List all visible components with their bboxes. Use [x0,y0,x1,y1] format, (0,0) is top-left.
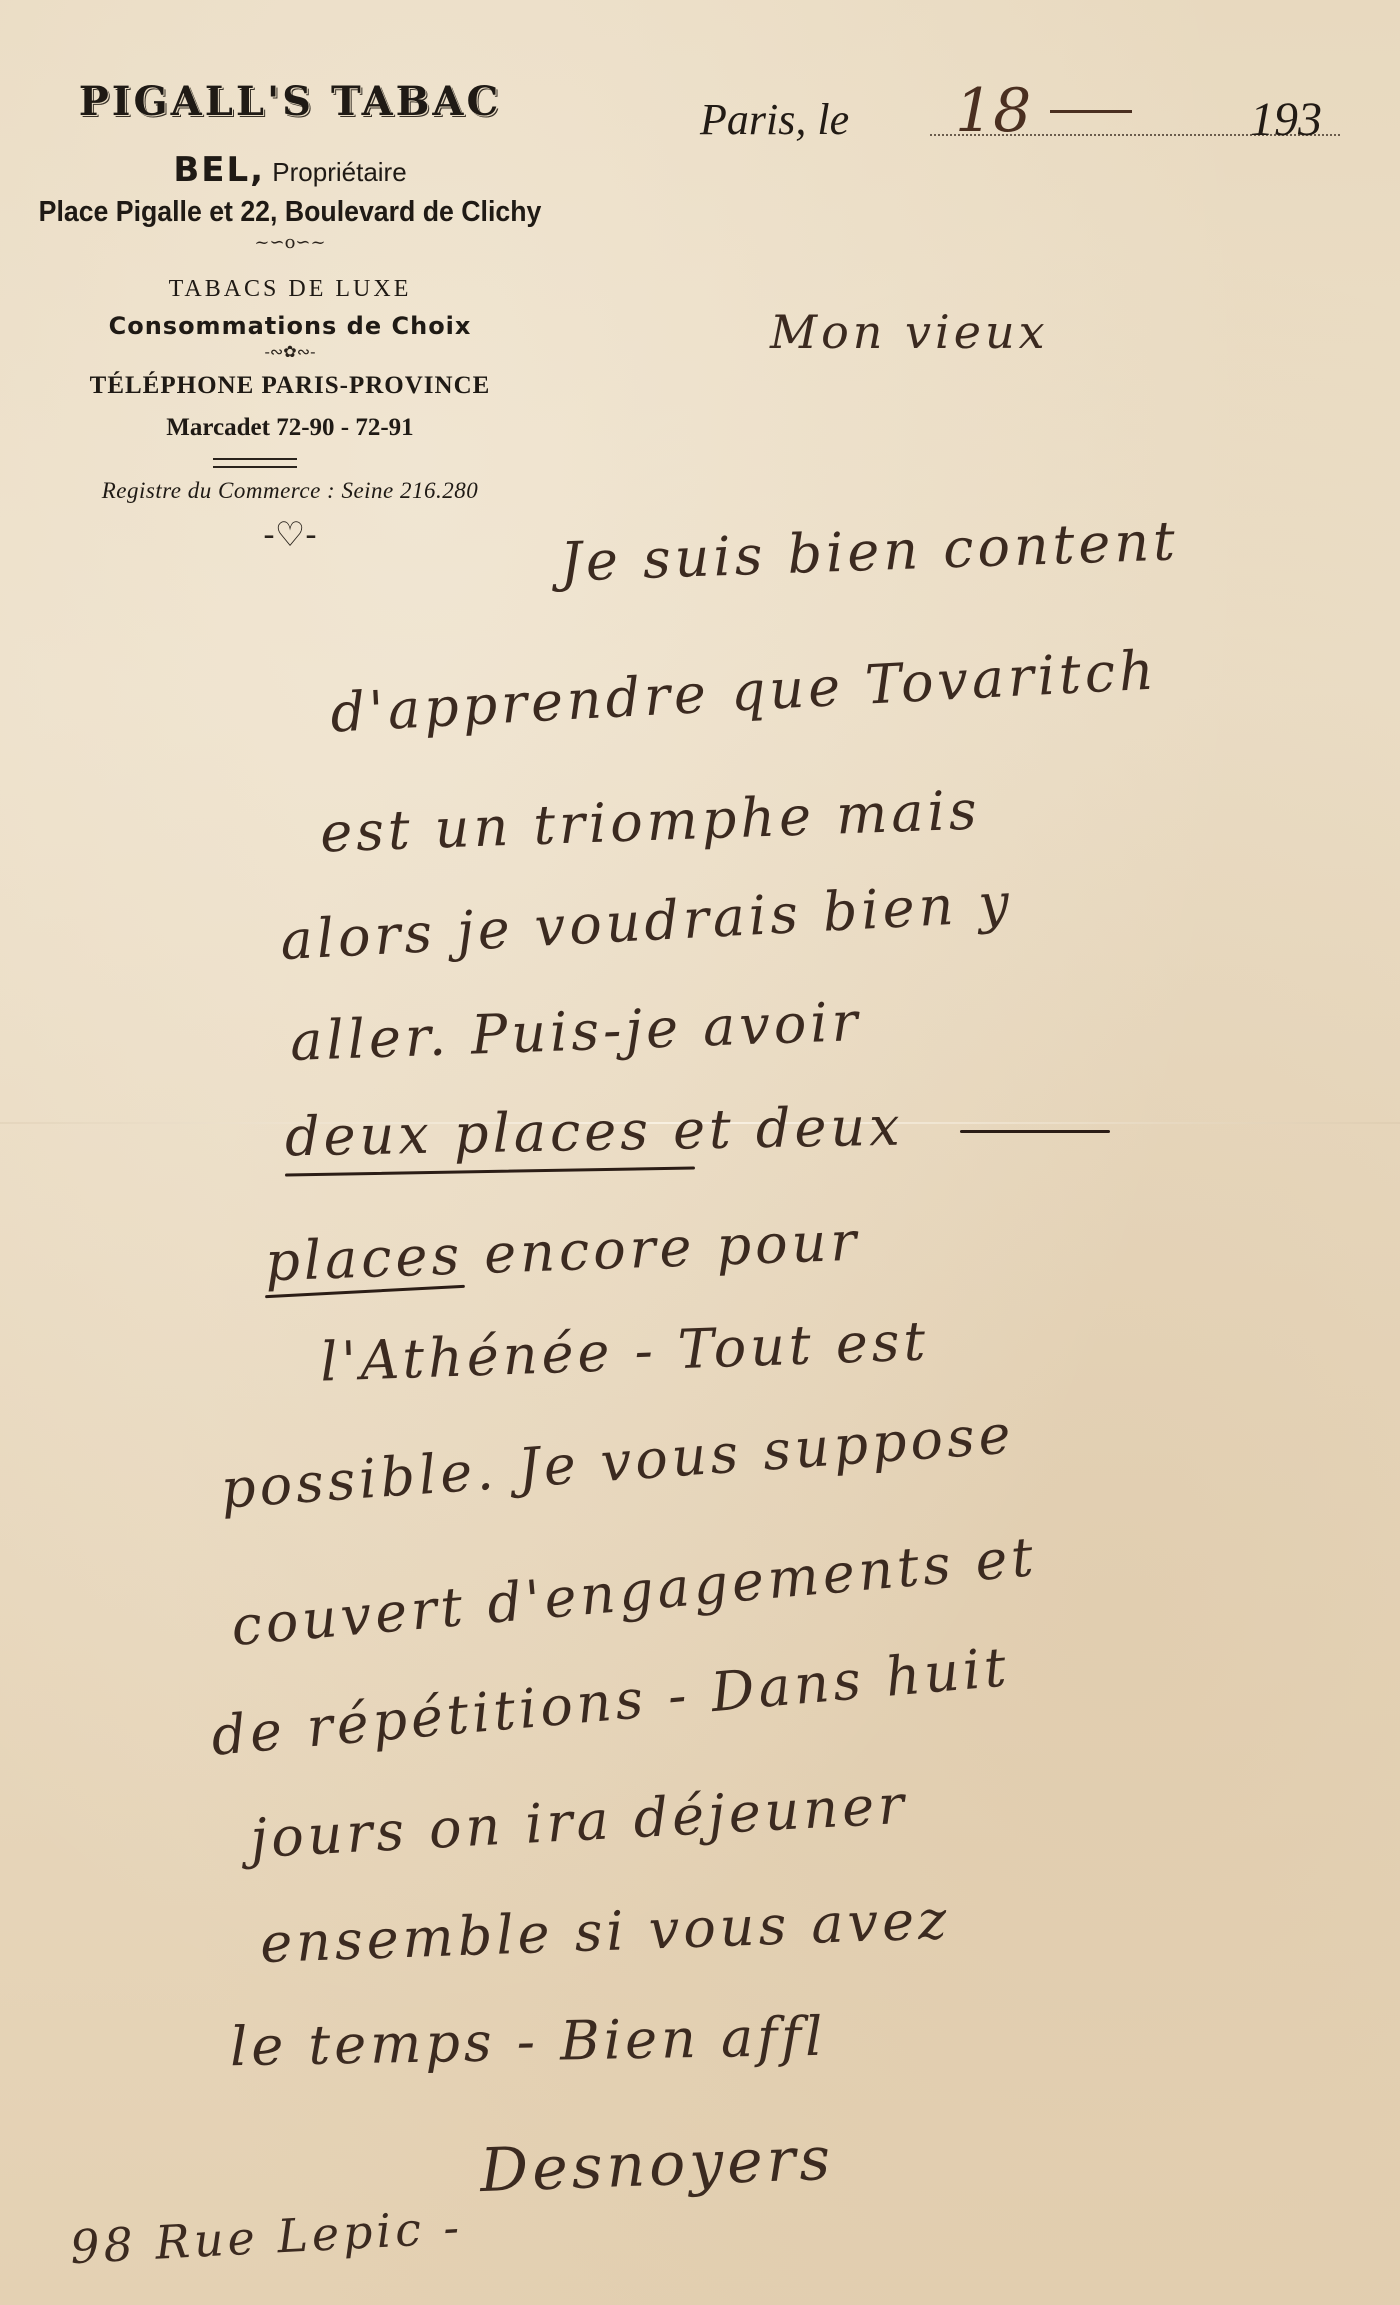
underline [960,1130,1110,1133]
salutation: Mon vieux [770,305,1049,359]
letter-line: deux places et deux [284,1095,904,1169]
heart-ornament-icon: -♡- [0,515,580,555]
date-prefix: Paris, le [700,94,849,145]
owner-name: BEL, [173,150,265,190]
double-rule-divider [213,458,297,468]
date-month-dash [1050,110,1132,113]
flower-ornament-icon: -∾✿∾- [0,342,580,361]
date-year: 193 [1250,92,1322,147]
flourish-ornament-icon: ~∽o∽~ [0,232,580,253]
letterhead-tagline-choix: Consommations de Choix [0,312,580,340]
dateline: Paris, le 18 193 [690,88,1350,148]
letterhead-registry: Registre du Commerce : Seine 216.280 [0,478,580,504]
letterhead-tagline-luxe: TABACS DE LUXE [0,276,580,303]
letterhead-owner: BEL, Propriétaire [0,150,580,190]
letterhead-telephone-numbers: Marcadet 72-90 - 72-91 [0,414,580,442]
date-day: 18 [955,76,1031,146]
letter-line: le temps - Bien affl [229,2005,826,2078]
signature: Desnoyers [479,2124,835,2206]
owner-title: Propriétaire [272,157,406,187]
letterhead-telephone-label: TÉLÉPHONE PARIS-PROVINCE [0,372,580,400]
letterhead-business-name: PIGALL'S TABAC [0,78,580,125]
letterhead-address: Place Pigalle et 22, Boulevard de Clichy [23,196,557,229]
